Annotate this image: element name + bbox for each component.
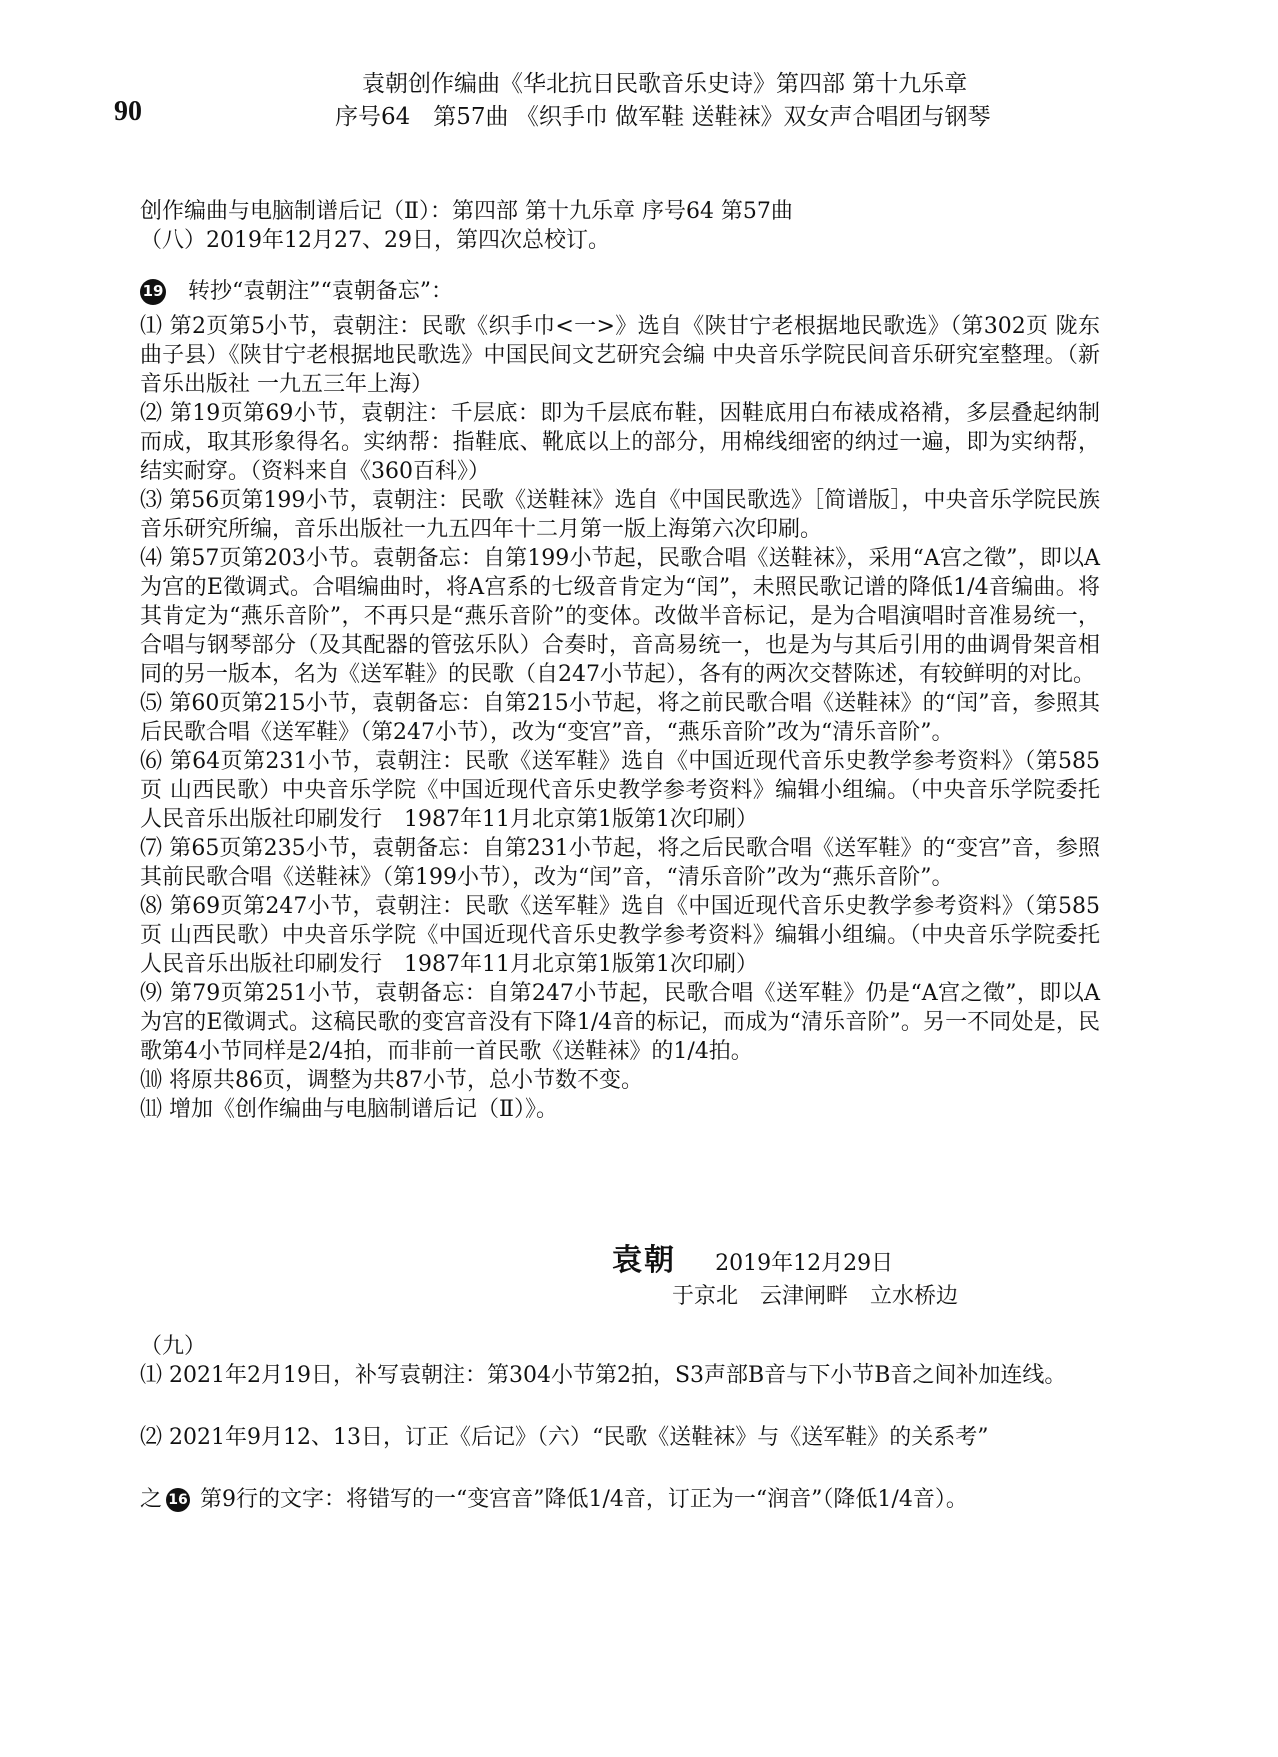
item-text: 第65页第235小节，袁朝备忘：自第231小节起，将之后民歌合唱《送军鞋》的“变… bbox=[140, 836, 1100, 890]
document-title: 创作编曲与电脑制谱后记（Ⅱ）：第四部 第十九乐章 序号64 第57曲 bbox=[140, 197, 1100, 226]
list-item: ⑺ 第65页第235小节，袁朝备忘：自第231小节起，将之后民歌合唱《送军鞋》的… bbox=[140, 834, 1100, 892]
list-item: ⑴ 第2页第5小节，袁朝注：民歌《织手巾<一>》选自《陕甘宁老根据地民歌选》（第… bbox=[140, 312, 1100, 399]
item-text: 第56页第199小节，袁朝注：民歌《送鞋袜》选自《中国民歌选》［简谱版］，中央音… bbox=[140, 488, 1100, 542]
item-text: 将原共86页，调整为共87小节，总小节数不变。 bbox=[169, 1068, 643, 1093]
list-item: ⑸ 第60页第215小节，袁朝备忘：自第215小节起，将之前民歌合唱《送鞋袜》的… bbox=[140, 689, 1100, 747]
list-item: ⑴ 2021年2月19日，补写袁朝注：第304小节第2拍，S3声部B音与下小节B… bbox=[140, 1361, 1140, 1390]
item-label: ⑷ bbox=[140, 546, 162, 571]
item-text: 第60页第215小节，袁朝备忘：自第215小节起，将之前民歌合唱《送鞋袜》的“闰… bbox=[140, 691, 1100, 745]
item-label: ⑺ bbox=[140, 836, 162, 861]
item-label: ⑶ bbox=[140, 488, 162, 513]
item-label: ⑽ bbox=[140, 1068, 162, 1093]
list-item-continuation: 之16第9行的文字：将错写的一“变宫音”降低1/4音，订正为一“润音”（降低1/… bbox=[140, 1485, 1140, 1514]
continuation-prefix: 之 bbox=[140, 1487, 162, 1512]
item-text: 第19页第69小节，袁朝注：千层底：即为千层底布鞋，因鞋底用白布裱成袼褙，多层叠… bbox=[140, 401, 1100, 484]
item-text: 第69页第247小节，袁朝注：民歌《送军鞋》选自《中国近现代音乐史教学参考资料》… bbox=[140, 894, 1100, 977]
circled-number-icon: 19 bbox=[140, 279, 166, 305]
item-text: 2021年9月12、13日，订正《后记》（六）“民歌《送鞋袜》与《送军鞋》的关系… bbox=[169, 1425, 988, 1450]
item-label: ⑹ bbox=[140, 749, 162, 774]
item-label: ⑵ bbox=[140, 401, 162, 426]
signature-date: 2019年12月29日 bbox=[715, 1251, 893, 1276]
section-nine-heading: （九） bbox=[140, 1332, 1140, 1361]
item-text: 第57页第203小节。袁朝备忘：自第199小节起，民歌合唱《送鞋袜》，采用“A宫… bbox=[140, 546, 1100, 687]
item-text: 增加《创作编曲与电脑制谱后记（Ⅱ）》。 bbox=[169, 1097, 558, 1122]
item-label: ⑻ bbox=[140, 894, 162, 919]
item-label: ⑵ bbox=[140, 1425, 162, 1450]
item-label: ⑾ bbox=[140, 1097, 162, 1122]
list-item: ⑼ 第79页第251小节，袁朝备忘：自第247小节起，民歌合唱《送军鞋》仍是“A… bbox=[140, 979, 1100, 1066]
document-subtitle: （八）2019年12月27、29日，第四次总校订。 bbox=[140, 226, 1100, 255]
list-item: ⑶ 第56页第199小节，袁朝注：民歌《送鞋袜》选自《中国民歌选》［简谱版］，中… bbox=[140, 486, 1100, 544]
section-heading-text: 转抄“袁朝注”“袁朝备忘”： bbox=[188, 277, 453, 306]
item-text: 第79页第251小节，袁朝备忘：自第247小节起，民歌合唱《送军鞋》仍是“A宫之… bbox=[140, 981, 1100, 1064]
signature-block: 袁朝 2019年12月29日 于京北 云津闸畔 立水桥边 bbox=[612, 1235, 893, 1279]
list-item: ⑻ 第69页第247小节，袁朝注：民歌《送军鞋》选自《中国近现代音乐史教学参考资… bbox=[140, 892, 1100, 979]
document-body: 创作编曲与电脑制谱后记（Ⅱ）：第四部 第十九乐章 序号64 第57曲 （八）20… bbox=[140, 197, 1100, 1124]
item-label: ⑴ bbox=[140, 314, 162, 339]
signature-place: 于京北 云津闸畔 立水桥边 bbox=[672, 1279, 958, 1310]
item-label: ⑼ bbox=[140, 981, 162, 1006]
list-item: ⑾ 增加《创作编曲与电脑制谱后记（Ⅱ）》。 bbox=[140, 1095, 1100, 1124]
item-text: 第2页第5小节，袁朝注：民歌《织手巾<一>》选自《陕甘宁老根据地民歌选》（第30… bbox=[140, 314, 1100, 397]
list-item: ⑹ 第64页第231小节，袁朝注：民歌《送军鞋》选自《中国近现代音乐史教学参考资… bbox=[140, 747, 1100, 834]
item-text: 第64页第231小节，袁朝注：民歌《送军鞋》选自《中国近现代音乐史教学参考资料》… bbox=[140, 749, 1100, 832]
item-text: 2021年2月19日，补写袁朝注：第304小节第2拍，S3声部B音与下小节B音之… bbox=[169, 1363, 1066, 1388]
circled-number-icon: 16 bbox=[166, 1488, 190, 1512]
header-line-1: 袁朝创作编曲《华北抗日民歌音乐史诗》第四部 第十九乐章 bbox=[335, 68, 1095, 101]
continuation-text: 第9行的文字：将错写的一“变宫音”降低1/4音，订正为一“润音”（降低1/4音）… bbox=[200, 1487, 968, 1512]
list-item: ⑵ 第19页第69小节，袁朝注：千层底：即为千层底布鞋，因鞋底用白布裱成袼褙，多… bbox=[140, 399, 1100, 486]
list-item: ⑷ 第57页第203小节。袁朝备忘：自第199小节起，民歌合唱《送鞋袜》，采用“… bbox=[140, 544, 1100, 689]
list-item: ⑵ 2021年9月12、13日，订正《后记》（六）“民歌《送鞋袜》与《送军鞋》的… bbox=[140, 1423, 1140, 1452]
running-header: 袁朝创作编曲《华北抗日民歌音乐史诗》第四部 第十九乐章 序号64 第57曲 《织… bbox=[335, 68, 1095, 134]
page-number: 90 bbox=[114, 96, 142, 128]
header-line-2: 序号64 第57曲 《织手巾 做军鞋 送鞋袜》双女声合唱团与钢琴 bbox=[335, 101, 1095, 134]
section-nine: （九） ⑴ 2021年2月19日，补写袁朝注：第304小节第2拍，S3声部B音与… bbox=[140, 1332, 1140, 1514]
author-name: 袁朝 bbox=[612, 1243, 676, 1278]
notes-list: ⑴ 第2页第5小节，袁朝注：民歌《织手巾<一>》选自《陕甘宁老根据地民歌选》（第… bbox=[140, 312, 1100, 1124]
item-label: ⑴ bbox=[140, 1363, 162, 1388]
section-heading: 19 转抄“袁朝注”“袁朝备忘”： bbox=[140, 277, 1100, 306]
list-item: ⑽ 将原共86页，调整为共87小节，总小节数不变。 bbox=[140, 1066, 1100, 1095]
item-label: ⑸ bbox=[140, 691, 162, 716]
